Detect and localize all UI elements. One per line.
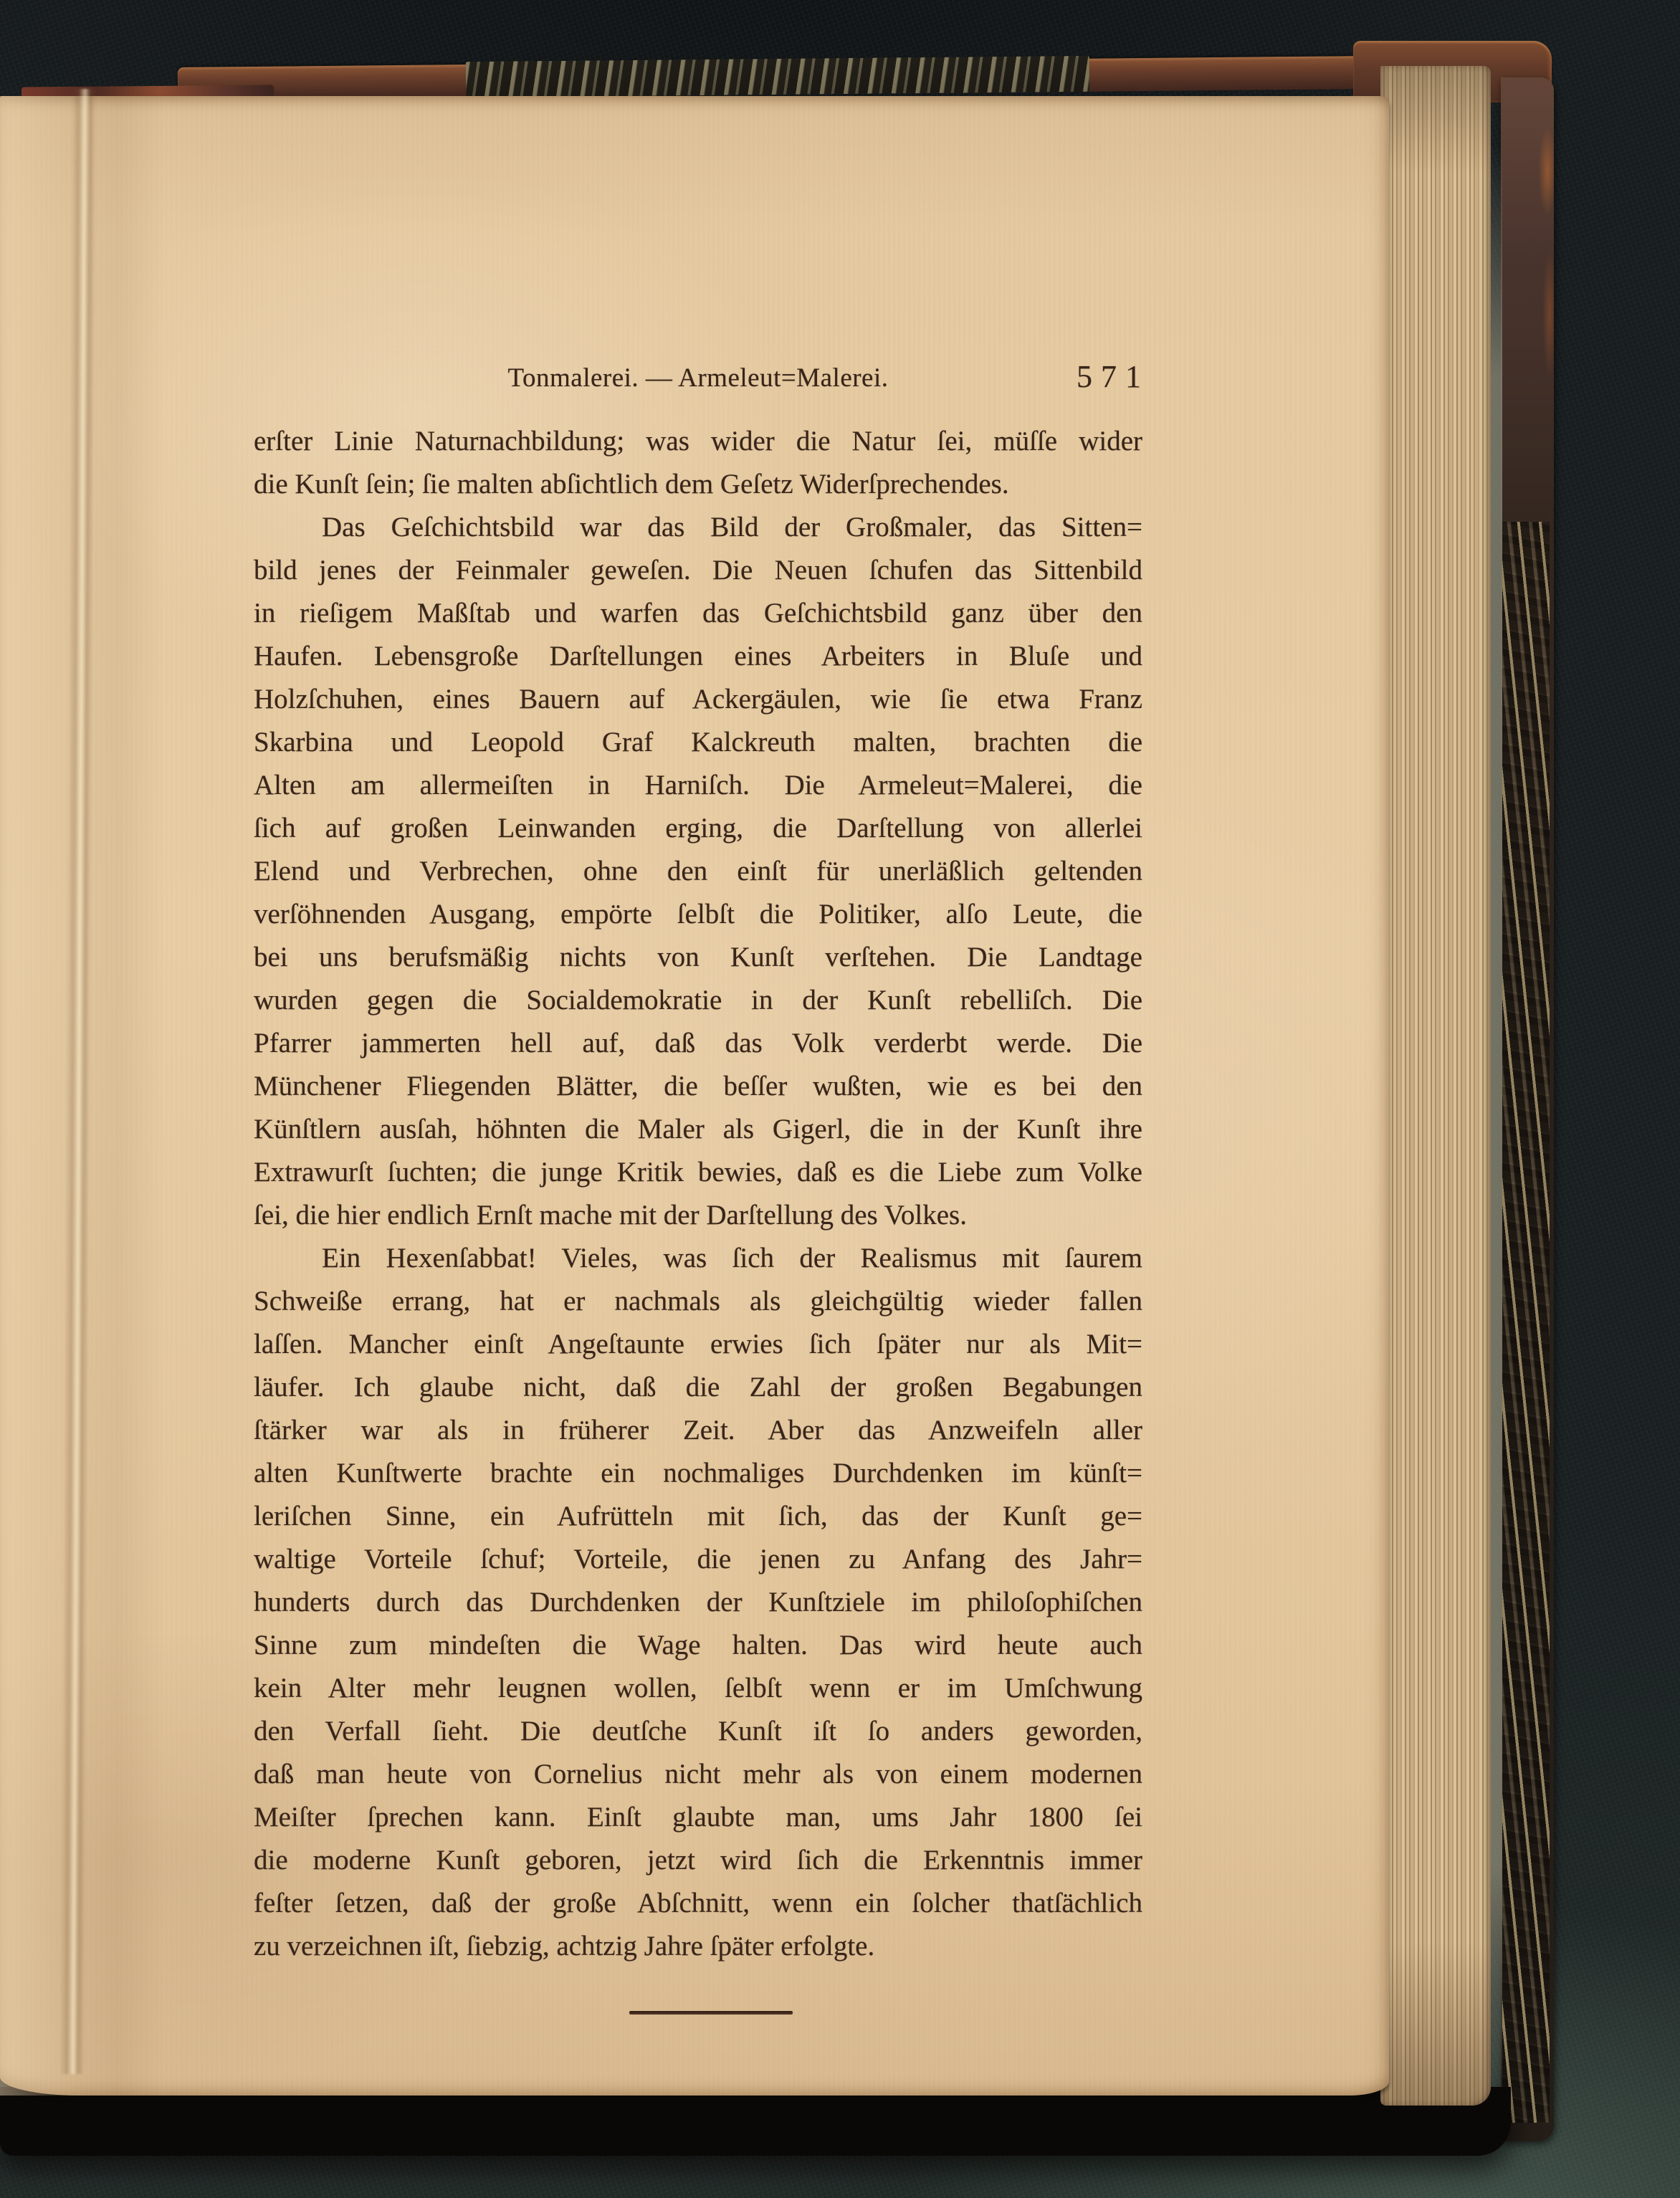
text-line: daß man heute von Cornelius nicht mehr a… [254, 1753, 1142, 1796]
text-line: Ein Hexenſabbat! Vieles, was ſich der Re… [254, 1237, 1142, 1280]
book-photo-scene: Tonmalerei. — Armeleut=Malerei. 571 erſt… [0, 0, 1680, 2198]
text-line: erſter Linie Naturnachbildung; was wider… [254, 420, 1142, 463]
text-line: zu verzeichnen iſt, ſiebzig, achtzig Jah… [254, 1925, 1142, 1968]
text-line: Meiſter ſprechen kann. Einſt glaubte man… [254, 1796, 1142, 1839]
text-line: die moderne Kunſt geboren, jetzt wird ſi… [254, 1839, 1142, 1882]
text-line: feſter ſetzen, daß der große Abſchnitt, … [254, 1882, 1142, 1925]
text-line: ſich auf großen Leinwanden erging, die D… [254, 807, 1142, 850]
section-divider-rule [629, 2011, 793, 2015]
text-line: hunderts durch das Durchdenken der Kunſt… [254, 1581, 1142, 1624]
text-line: bild jenes der Feinmaler geweſen. Die Ne… [254, 549, 1142, 592]
text-line: ſtärker war als in früherer Zeit. Aber d… [254, 1409, 1142, 1452]
text-line: Pfarrer jammerten hell auf, daß das Volk… [254, 1022, 1142, 1065]
text-line: alten Kunſtwerte brachte ein nochmaliges… [254, 1452, 1142, 1495]
text-line: den Verfall ſieht. Die deutſche Kunſt iſ… [254, 1710, 1142, 1753]
text-line: Münchener Fliegenden Blätter, die beſſer… [254, 1065, 1142, 1108]
text-line: waltige Vorteile ſchuf; Vorteile, die je… [254, 1538, 1142, 1581]
text-line: Alten am allermeiſten in Harniſch. Die A… [254, 764, 1142, 807]
book-page: Tonmalerei. — Armeleut=Malerei. 571 erſt… [0, 96, 1389, 2096]
book-bottom-shadow [0, 2087, 1511, 2156]
cover-embossed-top-edge [466, 56, 1089, 97]
text-line: Das Geſchichtsbild war das Bild der Groß… [254, 506, 1142, 549]
text-line: leriſchen Sinne, ein Aufrütteln mit ſich… [254, 1495, 1142, 1538]
text-line: wurden gegen die Socialdemokratie in der… [254, 979, 1142, 1022]
text-line: Haufen. Lebensgroße Darſtellungen eines … [254, 635, 1142, 678]
book-cover-right-edge [1501, 77, 1554, 2141]
running-header: Tonmalerei. — Armeleut=Malerei. 571 [254, 361, 1142, 396]
text-line: Sinne zum mindeſten die Wage halten. Das… [254, 1624, 1142, 1667]
text-line: in rieſigem Maßſtab und warfen das Geſch… [254, 592, 1142, 635]
text-line: Elend und Verbrechen, ohne den einſt für… [254, 850, 1142, 893]
text-line: Extrawurſt ſuchten; die junge Kritik bew… [254, 1151, 1142, 1194]
text-line: die Kunſt ſein; ſie malten abſichtlich d… [254, 463, 1142, 506]
text-line: Künſtlern ausſah, höhnten die Maler als … [254, 1108, 1142, 1151]
text-line: kein Alter mehr leugnen wollen, ſelbſt w… [254, 1667, 1142, 1710]
text-line: ſei, die hier endlich Ernſt mache mit de… [254, 1194, 1142, 1237]
text-line: Holzſchuhen, eines Bauern auf Ackergäule… [254, 678, 1142, 721]
fore-edge-page-stack [1380, 66, 1491, 2106]
text-line: Schweiße errang, hat er nachmals als gle… [254, 1280, 1142, 1323]
text-line: laſſen. Mancher einſt Angeſtaunte erwies… [254, 1323, 1142, 1366]
body-text: erſter Linie Naturnachbildung; was wider… [254, 420, 1142, 1968]
text-line: bei uns berufsmäßig nichts von Kunſt ver… [254, 936, 1142, 979]
text-line: Skarbina und Leopold Graf Kalckreuth mal… [254, 721, 1142, 764]
page-number: 571 [1077, 360, 1150, 394]
running-header-title: Tonmalerei. — Armeleut=Malerei. [254, 361, 1142, 396]
text-line: verſöhnenden Ausgang, empörte ſelbſt die… [254, 893, 1142, 936]
text-line: läufer. Ich glaube nicht, daß die Zahl d… [254, 1366, 1142, 1409]
